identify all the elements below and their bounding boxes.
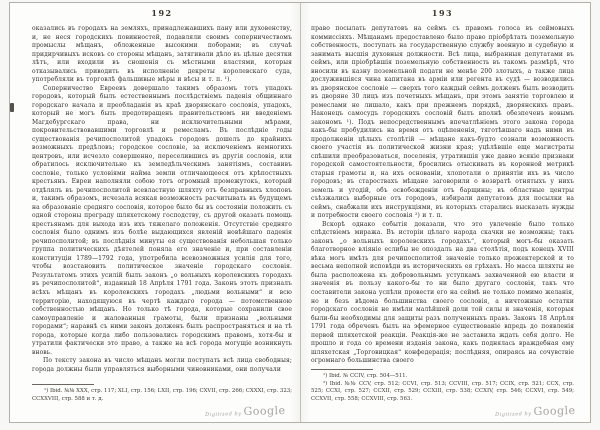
footnote: ¹) Ibid. № CCIV, стр. 504—511. bbox=[311, 373, 574, 381]
body-paragraph: Соперничество Евреевъ довершало такимъ о… bbox=[32, 85, 292, 358]
page-192: 192 оказались въ городахъ на земляхъ, пр… bbox=[10, 3, 300, 422]
body-paragraph: Вскорѣ однако событія доказали, что это … bbox=[311, 221, 574, 366]
footnotes-right: ¹) Ibid. № CCIV, стр. 504—511. ²) Ibid. … bbox=[311, 366, 574, 414]
footnotes-left: ¹) Ibid. №№ XXX, стр. 117; XLI, стр. 156… bbox=[32, 381, 292, 414]
page-number-right: 193 bbox=[311, 8, 574, 18]
page-body-left: оказались въ городахъ на земляхъ, принад… bbox=[32, 25, 292, 381]
footnote: ²) Ibid. №№ CCV, стр. 512; CCVI, стр. 51… bbox=[311, 381, 574, 404]
page-193: 193 право посылать депутатовъ на сеймъ с… bbox=[300, 3, 590, 422]
footnote-rule bbox=[32, 384, 94, 385]
footnote: ¹) Ibid. №№ XXX, стр. 117; XLI, стр. 156… bbox=[32, 388, 292, 404]
body-paragraph: По тексту закона въ число мѣщанъ могли п… bbox=[32, 357, 292, 374]
page-number-left: 192 bbox=[32, 8, 292, 18]
body-paragraph: право посылать депутатовъ на сеймъ съ пр… bbox=[311, 25, 574, 221]
scanned-book-spread: 192 оказались въ городахъ на земляхъ, пр… bbox=[9, 2, 591, 423]
page-body-right: право посылать депутатовъ на сеймъ съ пр… bbox=[311, 25, 574, 366]
body-paragraph: оказались въ городахъ на земляхъ, принад… bbox=[32, 25, 292, 85]
scan-artifact bbox=[10, 103, 14, 112]
footnote-rule bbox=[311, 369, 373, 370]
